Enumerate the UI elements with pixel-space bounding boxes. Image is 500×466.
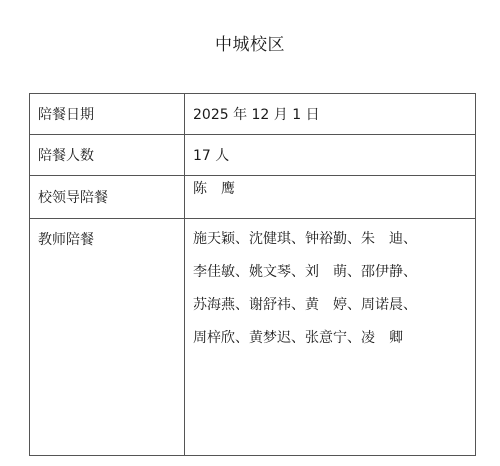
table-row-count: 陪餐人数 17 人 bbox=[30, 135, 476, 176]
row-label-teachers: 教师陪餐 bbox=[30, 219, 185, 456]
teachers-line: 施天颖、沈健琪、钟裕勤、朱 迪、 bbox=[193, 223, 467, 256]
row-label-date: 陪餐日期 bbox=[30, 94, 185, 135]
meal-accompany-table: 陪餐日期 2025 年 12 月 1 日 陪餐人数 17 人 校领导陪餐 陈 鹰… bbox=[29, 93, 476, 456]
teachers-line: 李佳敏、姚文琴、刘 萌、邵伊静、 bbox=[193, 256, 467, 289]
row-value-teachers: 施天颖、沈健琪、钟裕勤、朱 迪、 李佳敏、姚文琴、刘 萌、邵伊静、 苏海燕、谢舒… bbox=[185, 219, 476, 456]
table-row-school-leader: 校领导陪餐 陈 鹰 bbox=[30, 176, 476, 219]
row-value-school-leader: 陈 鹰 bbox=[185, 176, 476, 219]
row-label-school-leader: 校领导陪餐 bbox=[30, 176, 185, 219]
teachers-line: 苏海燕、谢舒祎、黄 婷、周诺晨、 bbox=[193, 289, 467, 322]
row-value-date: 2025 年 12 月 1 日 bbox=[185, 94, 476, 135]
teachers-line: 周梓欣、黄梦迟、张意宁、凌 卿 bbox=[193, 322, 467, 355]
document-title: 中城校区 bbox=[0, 30, 500, 55]
row-value-count: 17 人 bbox=[185, 135, 476, 176]
table-row-date: 陪餐日期 2025 年 12 月 1 日 bbox=[30, 94, 476, 135]
table-row-teachers: 教师陪餐 施天颖、沈健琪、钟裕勤、朱 迪、 李佳敏、姚文琴、刘 萌、邵伊静、 苏… bbox=[30, 219, 476, 456]
row-label-count: 陪餐人数 bbox=[30, 135, 185, 176]
